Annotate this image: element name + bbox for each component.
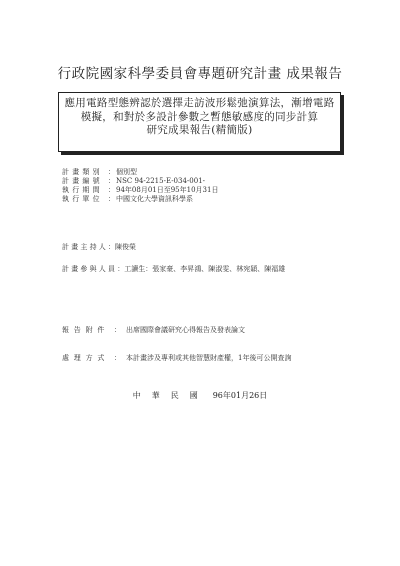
info-value: 個別型: [116, 168, 137, 177]
info-colon: ：: [108, 195, 116, 204]
info-row-category: 計畫類別 ： 個別型: [62, 168, 218, 177]
info-value: 中國文化大學資訊科學系: [116, 195, 193, 204]
report-attachments: 報告附件 ： 出席國際會議研究心得報告及發表論文: [62, 325, 245, 335]
attachments-colon: ：: [114, 325, 126, 335]
info-label: 計畫編號: [62, 177, 108, 186]
info-label: 執行單位: [62, 195, 108, 204]
pi-colon: ：: [108, 243, 115, 251]
principal-investigator: 計畫主持人：陳俊榮: [62, 242, 136, 252]
handling-label: 處理方式: [62, 353, 114, 363]
report-title-box: 應用電路型態辨認於選擇走訪波形鬆弛演算法，漸增電路 模擬，和對於多設計參數之暫態…: [58, 92, 341, 152]
report-date: 中華民國96年01月26日: [0, 390, 400, 401]
attachments-label: 報告附件: [62, 325, 114, 335]
participants-value: 工讀生：張家豪、李昇鴻、陳淑雯、林宛穎、陳福雄: [124, 265, 285, 273]
attachments-value: 出席國際會議研究心得報告及發表論文: [126, 325, 245, 335]
info-colon: ：: [108, 168, 116, 177]
page-title: 行政院國家科學委員會專題研究計畫 成果報告: [0, 62, 400, 82]
info-value: 94年08月01日至95年10月31日: [116, 186, 218, 195]
participants-label: 計畫參與人員: [62, 265, 117, 273]
report-subtitle: 研究成果報告(精簡版): [59, 124, 340, 138]
info-label: 執行期間: [62, 186, 108, 195]
info-row-number: 計畫編號 ： NSC 94-2215-E-034-001-: [62, 177, 218, 186]
participants: 計畫參與人員：工讀生：張家豪、李昇鴻、陳淑雯、林宛穎、陳福雄: [62, 264, 285, 274]
info-colon: ：: [108, 177, 116, 186]
info-label: 計畫類別: [62, 168, 108, 177]
pi-label: 計畫主持人: [62, 243, 108, 251]
info-colon: ：: [108, 186, 116, 195]
date-era: 中華民國: [133, 391, 209, 400]
project-info: 計畫類別 ： 個別型 計畫編號 ： NSC 94-2215-E-034-001-…: [62, 168, 218, 204]
report-title-line-1: 應用電路型態辨認於選擇走訪波形鬆弛演算法，漸增電路: [59, 97, 340, 111]
handling-colon: ：: [114, 353, 126, 363]
date-value: 96年01月26日: [213, 391, 268, 400]
info-row-unit: 執行單位 ： 中國文化大學資訊科學系: [62, 195, 218, 204]
handling-method: 處理方式 ： 本計畫涉及專利或其他智慧財產權，1年後可公開查詢: [62, 353, 291, 363]
info-value: NSC 94-2215-E-034-001-: [116, 177, 205, 186]
pi-value: 陳俊榮: [115, 243, 136, 251]
info-row-period: 執行期間 ： 94年08月01日至95年10月31日: [62, 186, 218, 195]
report-title-line-2: 模擬，和對於多設計參數之暫態敏感度的同步計算: [59, 111, 340, 125]
handling-value: 本計畫涉及專利或其他智慧財產權，1年後可公開查詢: [126, 353, 291, 363]
